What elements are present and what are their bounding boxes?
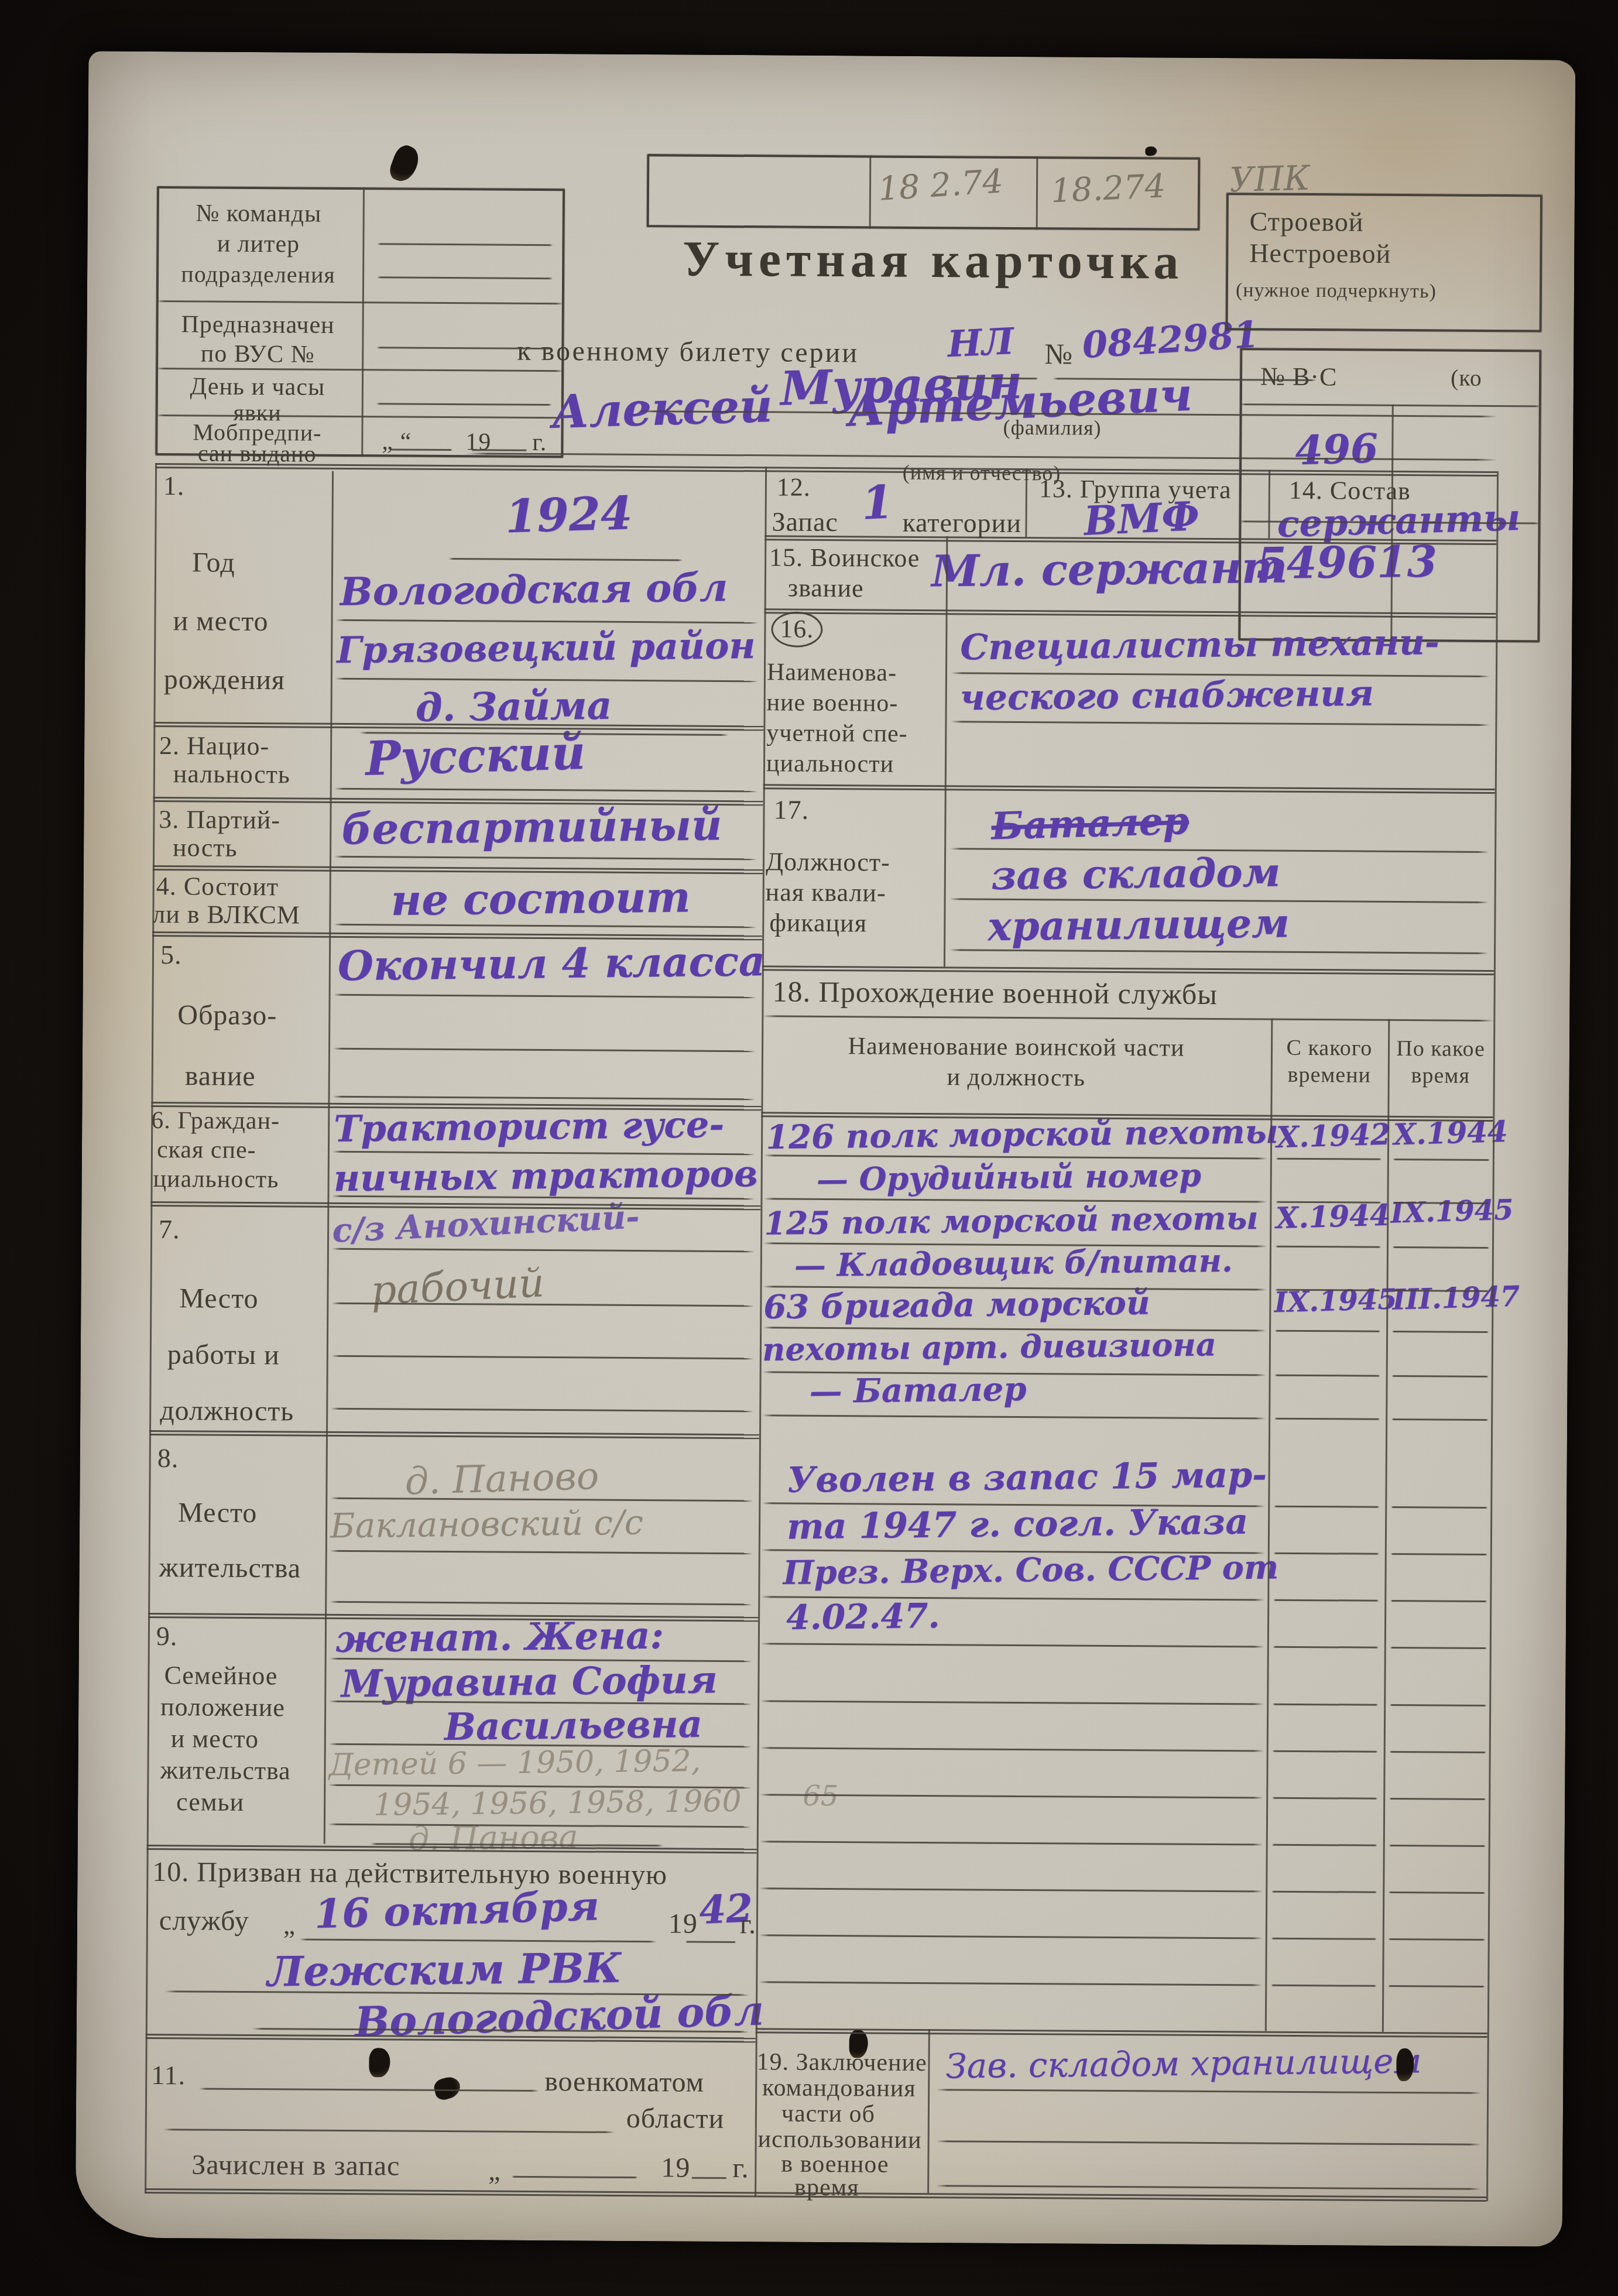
rule [334,924,756,928]
rule [1273,1750,1378,1753]
table-col3-header: По какое [1391,1036,1490,1062]
rule [691,2177,726,2179]
field-6-label: ская спе- [157,1136,256,1164]
discharge-note: 4.02.47. [786,1596,940,1637]
field-8-value: д. Паново [404,1455,600,1504]
combat-line: Строевой [1250,205,1364,237]
rule [1392,1375,1489,1377]
table-row-to: IX.1945 [1390,1194,1514,1230]
field-10-quote: „ [283,1909,296,1940]
rule [1389,1798,1486,1800]
field-3-label: ность [173,832,238,863]
field-9-label: и место [171,1723,259,1754]
table-row-name: пехоты арт. дивизиона [762,1325,1217,1368]
field-10-rvk: Лежским РВК [267,1944,622,1996]
vs-value-top: 496 [1294,425,1379,474]
field-15-label: звание [788,573,864,604]
field-16-label: Наименова- [767,658,897,687]
rule [760,1747,1264,1752]
rule [1272,1844,1377,1846]
field-1-label: рождения [164,663,285,696]
rule [1390,1647,1487,1649]
paper-hole [432,2075,462,2102]
field-10-year: 19 [669,1907,698,1939]
field-4-value: не состоит [390,872,691,925]
rule [512,2176,637,2178]
page-title: Учетная карточка [658,229,1209,291]
rule [334,856,757,860]
table-row-name: 125 полк морской пехоты [764,1199,1259,1242]
rule [448,558,683,561]
rule [762,1015,1493,1022]
rule [149,1430,759,1439]
discharge-note: та 1947 г. согл. Указа [787,1502,1249,1548]
field-12-number: 12. [777,472,811,502]
combat-line: Нестроевой [1249,237,1391,269]
rule [1274,1553,1379,1555]
dispatch-date-stub: „ “ [382,427,412,455]
table-row-name: — Кладовщик б/питан. [794,1242,1233,1284]
rule [936,2185,1480,2190]
table-row-name: — Орудийный номер [816,1156,1201,1198]
dispatch-row2: по ВУС № [158,340,357,369]
field-5-label: вание [185,1060,256,1092]
field-16-label: учетной спе- [766,719,908,748]
field-9-label: жительства [160,1755,291,1786]
paper-hole [369,2048,390,2077]
rule [760,1700,1264,1705]
dispatch-row2: Предназначен [158,310,357,340]
rule [1271,1985,1376,1987]
rule [1273,1646,1379,1649]
rule [927,2029,930,2193]
field-5-value: Окончил 4 класса [337,937,765,990]
dispatch-row1: подразделения [159,260,358,289]
dispatch-row1: и литер [159,229,358,259]
rule [1390,1600,1487,1602]
rule [199,2088,539,2092]
field-12-label: Запас [772,506,838,537]
field-1-value-year: 1924 [460,485,677,545]
field-9-number: 9. [156,1620,178,1651]
vs-header-right: (ко [1451,364,1482,392]
field-7-label: должность [160,1394,294,1427]
rule [1388,1985,1485,1987]
field-16-value: ческого снабжения [959,673,1374,719]
rule [760,1841,1263,1845]
field-11-g: г. [732,2152,749,2184]
rule [759,1934,1263,1939]
field-17-struck-value: Баталер [990,799,1189,849]
rule [951,721,1489,726]
field-5-label: Образо- [177,999,277,1032]
rule [300,1939,657,1943]
rule [1393,1246,1489,1249]
field-3-number: 3. Партий- [159,804,280,835]
rule [937,2089,1481,2094]
rule [1271,1938,1377,1940]
rule [1391,1553,1487,1555]
table-col3-header: время [1391,1063,1490,1089]
field-11-quote: „ [488,2156,501,2187]
field-6-label: циальность [153,1165,279,1194]
rule [471,449,527,451]
field-8-number: 8. [157,1442,179,1473]
rule [949,949,1488,954]
rule [944,785,947,967]
field-11-label: военкоматом [544,2065,704,2099]
field-11-number: 11. [151,2059,186,2091]
number-sign: № [1044,337,1073,371]
table-row-from: IX.1945 [1274,1283,1398,1319]
rule [331,1355,754,1359]
rule [946,536,948,609]
table-row-name: — Баталер [809,1370,1027,1411]
field-17-value: хранилищем [988,900,1290,950]
dispatch-row3: День и часы [158,372,357,402]
table-col2-header: времени [1274,1062,1385,1088]
rule [330,1601,752,1605]
rule [1273,1599,1379,1602]
rule [1382,1019,1390,2032]
field-15-label: 15. Воинское [769,542,920,573]
rule [1274,1418,1380,1420]
field-17-number: 17. [773,794,809,825]
combat-underline-note: (нужное подчеркнуть) [1236,279,1437,303]
pencil-date-1: 18 2.74 [877,162,1004,208]
field-19-label: части об [781,2100,875,2129]
rule [324,471,334,1844]
field-10-date: 16 октября [314,1883,600,1938]
rule [390,448,452,451]
vs-header: № В·С [1260,362,1338,392]
field-1-value-region: Вологодская обл [340,564,728,615]
field-19-label: командования [762,2074,916,2103]
rule [1391,1506,1487,1509]
field-17-label: Должност- [766,847,890,877]
field-11-year: 19 [661,2151,690,2184]
rule [1274,1506,1379,1508]
rule [333,1096,756,1100]
rule [1389,1845,1486,1847]
section-18-title: 18. Прохождение военной службы [772,974,1218,1011]
rule [1276,1246,1381,1248]
field-12-value: 1 [861,475,894,530]
rule [1392,1331,1489,1333]
field-1-value-district: Грязовецкий район [337,624,756,671]
rule [334,994,756,998]
rule [335,678,758,682]
rule [937,2140,1481,2146]
rule [152,931,762,940]
rule [1486,471,1499,2201]
field-10-g: г. [740,1908,757,1940]
rule [1390,1751,1486,1753]
field-16-label: циальности [766,749,894,778]
field-2-number: 2. Нацио- [159,731,269,761]
field-8-label: жительства [159,1551,301,1584]
rule [1275,1375,1380,1377]
pencil-date-2: 18.274 [1050,167,1167,210]
rule [1275,1330,1380,1332]
field-19-label: 19. Заключение [756,2048,927,2077]
dispatch-date-stub: г. [532,429,547,457]
field-16-number: 16. [771,611,822,647]
field-9-children-note: Детей 6 — 1950, 1952, [328,1743,701,1783]
rule [759,1981,1262,1986]
rule [145,463,157,2193]
field-8-label: Место [178,1496,258,1529]
field-11-label: Зачислен в запас [191,2148,400,2182]
rule [333,1048,756,1052]
field-7-value-pencil: рабочий [370,1260,546,1314]
field-9-label: Семейное [164,1660,277,1691]
field-10-label: службу [159,1904,249,1937]
rule [1393,1159,1490,1161]
field-1-label: Год [192,546,235,578]
table-row-from: X.1942 [1276,1117,1391,1155]
field-9-label: положение [160,1692,285,1722]
rule [762,965,1494,975]
field-17-value: зав складом [990,849,1280,899]
field-2-label: нальность [173,759,290,789]
rule [335,788,757,792]
paper-speck [1145,146,1157,156]
field-9-children-note: 1954, 1956, 1958, 1960 [373,1784,742,1823]
field-1-label: и место [173,605,269,638]
paper-hole [387,142,423,185]
rule [1276,1158,1382,1160]
field-8-value: Баклановский с/с [330,1502,644,1545]
field-6-number: 6. Граждан- [151,1106,280,1135]
table-row-to: III.1947 [1392,1280,1520,1316]
rule [1265,1019,1273,2031]
field-17-label: ная квали- [766,877,886,907]
rule [1391,1418,1488,1421]
rule [1273,1704,1378,1706]
field-7-label: Место [179,1282,259,1315]
rule [1271,1891,1377,1893]
dispatch-row1: № команды [159,199,358,228]
field-9-label: семьи [176,1787,244,1817]
discharge-note: Уволен в запас 15 мар- [787,1454,1267,1500]
rule [331,1408,753,1412]
field-15-value: Мл. сержант [931,542,1288,597]
rule [332,1248,755,1252]
given-name-value: Алексей [551,379,773,439]
rule [763,784,1495,794]
field-6-value: ничных тракторов [333,1152,758,1200]
table-col1-header: и должность [767,1062,1265,1093]
field-19-value: Зав. складом хранилищем [945,2041,1422,2086]
rule [1389,1891,1485,1894]
rule [1389,1938,1485,1941]
field-16-label: ние военно- [767,688,899,717]
discharge-note: През. Верх. Сов. СССР от [783,1548,1278,1592]
field-3-value: беспартийный [341,800,722,854]
table-row-name: 63 бригада морской [763,1284,1150,1327]
rule [762,1414,1266,1419]
rule [164,2129,615,2133]
registration-card: 18 2.74 18.274 УПК № команды и литер под… [76,51,1576,2246]
field-5-number: 5. [160,939,182,970]
field-4-label: ли в ВЛКСМ [152,899,300,930]
rule [1272,1797,1377,1800]
rule [1390,1704,1486,1706]
rule [335,619,758,623]
dispatch-date-stub: 19 [465,428,491,456]
table-col2-header: С какого [1274,1035,1385,1061]
field-1-number: 1. [163,470,185,501]
field-9-value: Муравина София [341,1658,718,1706]
rule [686,1941,736,1944]
field-12-label: категории [902,507,1021,539]
field-7-label: работы и [167,1338,280,1371]
field-16-value: Специалисты техани- [960,622,1439,668]
rule [330,1550,753,1554]
rule [945,609,948,785]
field-4-number: 4. Состоит [156,871,279,902]
field-7-number: 7. [159,1214,180,1245]
field-9-value: Васильевна [444,1702,703,1749]
rule [761,1643,1264,1647]
field-11-label: области [626,2102,725,2135]
rule [759,1887,1263,1892]
rule [1025,468,1027,537]
field-17-label: фикация [769,907,867,938]
table-col1-header: Наименование воинской части [767,1032,1265,1063]
